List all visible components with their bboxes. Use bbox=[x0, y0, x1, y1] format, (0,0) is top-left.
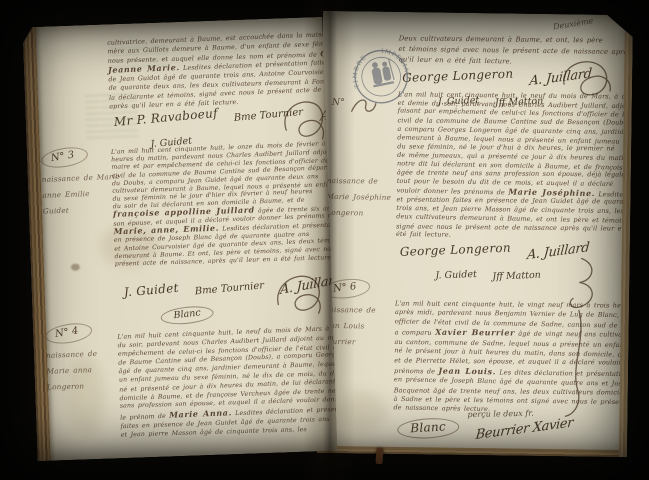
signature: A. Juillard bbox=[280, 272, 337, 298]
handwritten-line: Longeron bbox=[326, 205, 394, 222]
signature: A. Juillard bbox=[529, 66, 592, 89]
corner-annotation: Deuxième bbox=[552, 16, 593, 31]
svg-text:TIMBRE: TIMBRE bbox=[348, 54, 373, 89]
signature: Beurrier Xavier bbox=[475, 415, 574, 443]
margin-label: naissance deMarie JoséphineLongeron bbox=[326, 173, 395, 222]
signature: George Longeron bbox=[400, 241, 512, 259]
register-right-page: Deuxième 4 Deux cultivateurs demeurant à… bbox=[317, 11, 633, 457]
signature-block: J. GuidetBme TournierA. JuillardBlanc bbox=[123, 273, 330, 326]
margin-label: naissance deMarie annaLongeron bbox=[46, 345, 118, 395]
birth-act-jean-louis-beurrier: L'an mil huit cent cinquante huit, le vi… bbox=[393, 299, 623, 417]
page-stain bbox=[337, 391, 388, 432]
signature: J. Guidet bbox=[123, 281, 179, 300]
binding-ribbon bbox=[375, 448, 383, 464]
signature: George Longeron bbox=[402, 67, 514, 85]
handwritten-line: Naissance de bbox=[323, 302, 393, 319]
signature: Jff Matton bbox=[493, 270, 542, 283]
signature-block: George LongeronA. JuillardJ. GuidetJff M… bbox=[399, 238, 620, 284]
birth-act-marie-josephine-longeron: L'an mil huit cent cinquante huit, le ne… bbox=[396, 90, 622, 242]
signature: A. Juillard bbox=[527, 240, 590, 263]
register-left-page: cultivatrice, demeurant à Baume, est acc… bbox=[23, 17, 338, 461]
handwritten-line: Longeron bbox=[47, 377, 117, 395]
signature: Blanc bbox=[397, 417, 460, 440]
ink-spot bbox=[71, 264, 80, 271]
margin-note-entry4: N° 4 naissance deMarie annaLongeron bbox=[45, 318, 118, 395]
signature: Bme Tournier bbox=[194, 280, 264, 297]
signature: Mr P. Ravaboeuf bbox=[113, 106, 218, 129]
signature: Blanc bbox=[160, 304, 215, 326]
act-continuation-text: cultivatrice, demeurant à Baume, est acc… bbox=[107, 31, 321, 111]
birth-act-marie-anne-emilie-guidet: L'an mil huit cent cinquante huit, le on… bbox=[111, 141, 327, 269]
stamp-figures bbox=[369, 59, 395, 87]
book-page-edges bbox=[23, 27, 51, 461]
folio-number: 4 bbox=[617, 18, 621, 26]
margin-number-mark: N° bbox=[332, 97, 345, 108]
birth-act-marie-anna-longeron: L'an mil huit cent cinquante huit, le ne… bbox=[117, 326, 333, 441]
signature: Bme Tournier bbox=[234, 107, 304, 124]
handwritten-line: Marie Joséphine bbox=[326, 189, 394, 206]
stamp-text-left: TIMBRE bbox=[348, 54, 373, 89]
handwritten-line: naissance de bbox=[327, 173, 395, 190]
margin-label: naissance de Marieanne EmilieGuidet bbox=[42, 169, 114, 219]
margin-entry-number: N° 3 bbox=[40, 144, 90, 170]
signature: J. Guidet bbox=[435, 269, 477, 282]
handwritten-line: Guidet bbox=[43, 202, 113, 220]
margin-entry-number: N° 4 bbox=[44, 320, 94, 346]
margin-note-entry3: N° 3 naissance de Marieanne EmilieGuidet bbox=[41, 142, 114, 219]
archival-register-photo: Deuxième 4 Deux cultivateurs demeurant à… bbox=[0, 0, 649, 480]
margin-note-entry5: naissance deMarie JoséphineLongeron bbox=[326, 169, 395, 222]
